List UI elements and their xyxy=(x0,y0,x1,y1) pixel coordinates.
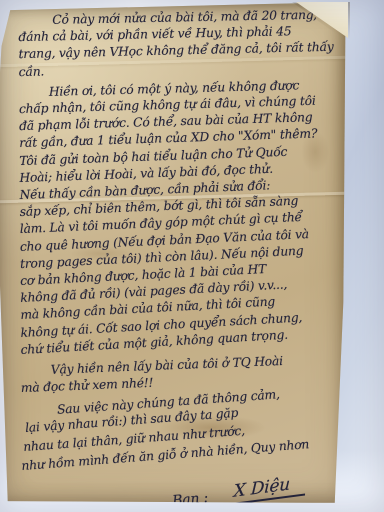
letter-paragraph: Sau việc này chúng ta đã thông cảm,lại v… xyxy=(21,398,342,475)
letter-paragraph: Hiền ơi, tôi có một ý này, nếu không đượ… xyxy=(19,82,341,359)
letter-paper: Cỏ này mới nửa của bài tôi, mà đã 20 tra… xyxy=(0,2,350,509)
letter-photo: Cỏ này mới nửa của bài tôi, mà đã 20 tra… xyxy=(0,0,384,512)
signature: X Diệu xyxy=(227,472,306,505)
letter-paragraph: Cỏ này mới nửa của bài tôi, mà đã 20 tra… xyxy=(18,10,338,81)
letter-body: Cỏ này mới nửa của bài tôi, mà đã 20 tra… xyxy=(18,10,341,503)
